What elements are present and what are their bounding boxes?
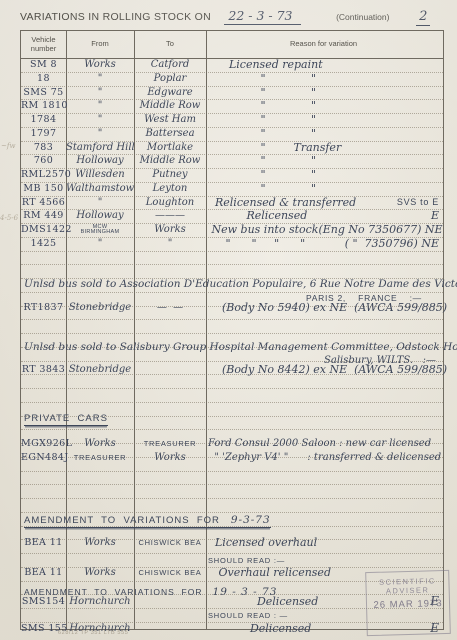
vehicle-number: RM 449 [21, 209, 66, 223]
vehicle-number: DMS1422 [21, 223, 66, 237]
reason-cell: RelicensedE [206, 209, 443, 223]
vehicle-number: RT 3843 [21, 363, 66, 377]
table-row: SMS 75"Edgware " " [21, 86, 443, 100]
ruled-line [21, 429, 443, 430]
to-cell: TREASURER [134, 437, 206, 451]
reason-cell: " " [206, 182, 443, 196]
stamp-date: 26 MAR 1973 [367, 598, 449, 611]
table-sheet: Vehiclenumber From To Reason for variati… [20, 30, 444, 630]
vehicle-number: SMS154 [21, 595, 66, 609]
from-cell: " [66, 127, 134, 141]
suffix-code: SVS to E [397, 196, 439, 210]
to-cell: Putney [134, 168, 206, 182]
ruled-line [21, 319, 443, 320]
table-row: RM 1810"Middle Row " " [21, 99, 443, 113]
reason-cell: " " [206, 72, 443, 86]
scanned-document-page: VARIATIONS IN ROLLING STOCK ON 22 - 3 - … [0, 0, 457, 640]
to-cell [134, 595, 206, 609]
table-row: RM 449Holloway——— RelicensedE [21, 209, 443, 223]
reason-cell: " " [206, 99, 443, 113]
from-cell: Stonebridge [66, 363, 134, 377]
table-row: MGX926LWorksTREASURERFord Consul 2000 Sa… [21, 437, 443, 451]
reason-cell: " Transfer [206, 141, 443, 155]
should-read-label: SHOULD READ :— [208, 554, 285, 564]
vehicle-number: MB 150 [21, 182, 66, 196]
to-cell [134, 363, 206, 377]
page-number: 2 [416, 9, 430, 26]
private-cars-heading: PRIVATE CARS [24, 408, 442, 426]
table-header: Vehiclenumber From To Reason for variati… [21, 31, 443, 59]
from-cell: Works [66, 536, 134, 550]
table-row: 1797"Battersea " " [21, 127, 443, 141]
table-row: RT 4566"Loughton Relicensed & transferre… [21, 196, 443, 210]
ruled-line [21, 264, 443, 265]
to-cell: Battersea [134, 127, 206, 141]
to-cell: — — [134, 301, 206, 315]
ruled-line [21, 498, 443, 499]
from-cell: Works [66, 437, 134, 451]
vehicle-number: RML2570 [21, 168, 66, 182]
margin-pencil-mark: 4-5-6 [0, 214, 18, 222]
from-cell: Walthamstow [66, 182, 134, 196]
to-cell: Middle Row [134, 154, 206, 168]
to-cell: CHISWICK BEA [134, 566, 206, 580]
title-row: VARIATIONS IN ROLLING STOCK ON 22 - 3 - … [20, 7, 450, 29]
reason-cell: New bus into stock(Eng No 7350677) NE [206, 223, 443, 237]
table-row: 18"Poplar " " [21, 72, 443, 86]
from-cell: " [66, 99, 134, 113]
suffix-code: E [431, 209, 439, 223]
from-cell: Hornchurch [66, 595, 134, 609]
from-cell: Works [66, 566, 134, 580]
to-cell: Edgware [134, 86, 206, 100]
ruled-line [21, 471, 443, 472]
vehicle-number: 1797 [21, 127, 66, 141]
to-cell: Catford [134, 58, 206, 72]
engine-number-note: (Eng No 7350677) NE [318, 223, 442, 237]
page-title: VARIATIONS IN ROLLING STOCK ON [20, 11, 211, 23]
ruled-line [21, 333, 443, 334]
from-cell: Stonebridge [66, 301, 134, 315]
table-row: DMS1422MCWBIRMINGHAMWorks New bus into s… [21, 223, 443, 237]
reason-cell: (Body No 8442) ex NE (AWCA 599/885) [206, 363, 443, 377]
table-row: RT 3843Stonebridge (Body No 8442) ex NE … [21, 363, 443, 377]
col-header-from: From [66, 31, 134, 58]
handwritten-date: 22 - 3 - 73 [224, 8, 300, 25]
vehicle-number: 783 [21, 141, 66, 155]
to-cell: CHISWICK BEA [134, 536, 206, 550]
vehicle-number: RT1837 [21, 301, 66, 315]
reason-cell: (Body No 5940) ex NE (AWCA 599/885) [206, 301, 443, 315]
reason-cell: Licensed repaint [206, 58, 443, 72]
vehicle-number: SM 8 [21, 58, 66, 72]
vehicle-number: BEA 11 [21, 536, 66, 550]
vehicle-number: SMS 75 [21, 86, 66, 100]
table-row: 1784"West Ham " " [21, 113, 443, 127]
table-row: SM 8WorksCatford Licensed repaint [21, 58, 443, 72]
col-header-to: To [134, 31, 206, 58]
reason-cell: " " [206, 113, 443, 127]
table-row: EGN484JTREASURERWorks " 'Zephyr V4' " : … [21, 451, 443, 465]
to-cell [134, 622, 206, 636]
to-cell: Poplar [134, 72, 206, 86]
table-row: RT1837Stonebridge— — (Body No 5940) ex N… [21, 301, 443, 315]
reason-cell: " " [206, 168, 443, 182]
engine-number-note: ( " 7350796) NE [345, 237, 439, 251]
vehicle-number: 18 [21, 72, 66, 86]
to-cell: Middle Row [134, 99, 206, 113]
reason-cell: " " [206, 86, 443, 100]
vehicle-number: 1425 [21, 237, 66, 251]
to-cell: Loughton [134, 196, 206, 210]
table-row: RML2570WillesdenPutney " " [21, 168, 443, 182]
vehicle-number: BEA 11 [21, 566, 66, 580]
table-row: 783Stamford HillMortlake " Transfer [21, 141, 443, 155]
from-cell: " [66, 196, 134, 210]
from-cell: Willesden [66, 168, 134, 182]
vehicle-number: MGX926L [21, 437, 66, 451]
to-cell: West Ham [134, 113, 206, 127]
to-cell: Works [134, 451, 206, 465]
from-cell: " [66, 237, 134, 251]
reason-cell: Licensed overhaul [206, 536, 443, 550]
vehicle-number: RM 1810 [21, 99, 66, 113]
from-cell: Works [66, 58, 134, 72]
from-cell: Holloway [66, 209, 134, 223]
ruled-line [21, 402, 443, 403]
should-read-row: SHOULD READ :— [21, 554, 443, 564]
from-cell: TREASURER [66, 451, 134, 465]
from-cell: " [66, 72, 134, 86]
reason-cell: Ford Consul 2000 Saloon : new car licens… [206, 437, 443, 451]
ruled-line [21, 388, 443, 389]
col-header-reason: Reason for variation [206, 31, 443, 58]
form-reference-print: 628/12 TP 351 LTB 555 [58, 630, 128, 636]
from-cell: " [66, 113, 134, 127]
to-cell: Mortlake [134, 141, 206, 155]
vehicle-number: 760 [21, 154, 66, 168]
amendment-date: 9-3-73 [231, 514, 271, 526]
table-row: 1425"" " " " "( " 7350796) NE [21, 237, 443, 251]
to-cell: " [134, 237, 206, 251]
from-cell: Holloway [66, 154, 134, 168]
from-cell: MCWBIRMINGHAM [66, 223, 134, 237]
reason-cell: " " [206, 127, 443, 141]
vehicle-number: EGN484J [21, 451, 66, 465]
from-cell: Stamford Hill [66, 141, 134, 155]
to-cell: Works [134, 223, 206, 237]
reason-cell: Relicensed & transferredSVS to E [206, 196, 443, 210]
to-cell: ——— [134, 209, 206, 223]
col-header-vehicle: Vehiclenumber [21, 31, 66, 58]
continuation-label: (Continuation) [336, 12, 389, 22]
vehicle-number: 1784 [21, 113, 66, 127]
should-read-label: SHOULD READ : — [208, 609, 288, 619]
reason-cell: " 'Zephyr V4' " : transferred & delicens… [206, 451, 443, 465]
to-cell: Leyton [134, 182, 206, 196]
table-row: 760HollowayMiddle Row " " [21, 154, 443, 168]
ruled-line [21, 484, 443, 485]
reason-cell: " " " "( " 7350796) NE [206, 237, 443, 251]
date-stamp: SCIENTIFIC ADVISER 26 MAR 1973 [365, 570, 451, 636]
from-cell: " [66, 86, 134, 100]
vehicle-number: RT 4566 [21, 196, 66, 210]
table-row: BEA 11WorksCHISWICK BEA Licensed overhau… [21, 536, 443, 550]
margin-pencil-mark: ~fw [1, 142, 15, 150]
amendment-heading: AMENDMENT TO VARIATIONS FOR 9-3-73 [24, 510, 442, 528]
table-row: MB 150WalthamstowLeyton " " [21, 182, 443, 196]
reason-cell: " " [206, 154, 443, 168]
